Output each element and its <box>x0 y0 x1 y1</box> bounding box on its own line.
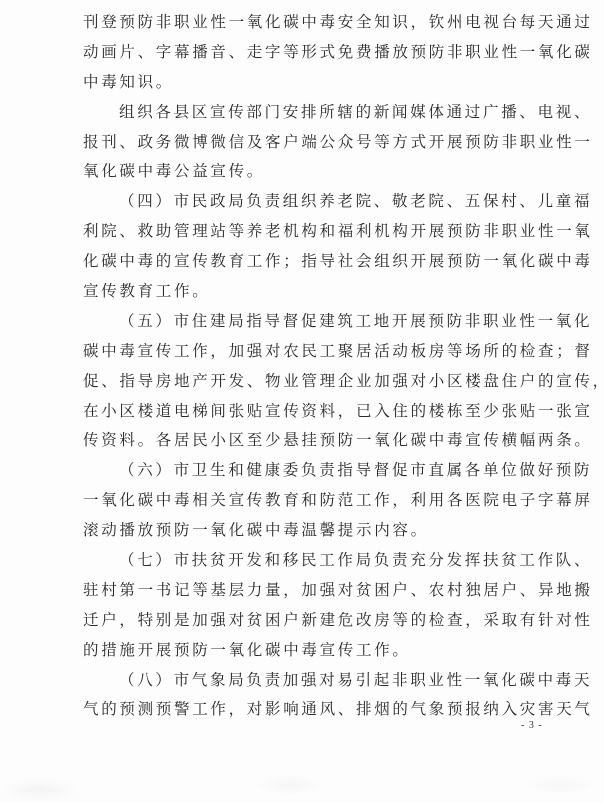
text-line: 宣传教育工作。 <box>83 277 543 307</box>
paragraph-item-6-health: （六）市卫生和健康委负责指导督促市直属各单位做好预防 一氧化碳中毒相关宣传教育和… <box>83 456 543 546</box>
text-line: 促、指导房地产开发、物业管理企业加强对小区楼盘住户的宣传， <box>83 367 543 397</box>
text-line: 的措施开展预防一氧化碳中毒宣传工作。 <box>83 636 543 666</box>
paragraph-county-media: 组织各县区宣传部门安排所辖的新闻媒体通过广播、电视、 报刊、政务微博微信及客户端… <box>83 98 543 188</box>
paragraph-item-8-meteorology: （八）市气象局负责加强对易引起非职业性一氧化碳中毒天 气的预测预警工作，对影响通… <box>83 666 543 726</box>
text-line: （四）市民政局负责组织养老院、敬老院、五保村、儿童福 <box>83 187 543 217</box>
document-page: 刊登预防非职业性一氧化碳中毒安全知识，钦州电视台每天通过 动画片、字幕播音、走字… <box>0 0 604 803</box>
text-line: 在小区楼道电梯间张贴宣传资料，已入住的楼栋至少张贴一张宣 <box>83 397 543 427</box>
text-line: （六）市卫生和健康委负责指导督促市直属各单位做好预防 <box>83 456 543 486</box>
paragraph-item-4-civil-affairs: （四）市民政局负责组织养老院、敬老院、五保村、儿童福 利院、救助管理站等养老机构… <box>83 187 543 307</box>
text-line: 传资料。各居民小区至少悬挂预防一氧化碳中毒宣传横幅两条。 <box>83 426 543 456</box>
text-line: 碳中毒宣传工作，加强对农民工聚居活动板房等场所的检查；督 <box>83 337 543 367</box>
text-line: 动画片、字幕播音、走字等形式免费播放预防非职业性一氧化碳 <box>83 38 543 68</box>
text-line: （八）市气象局负责加强对易引起非职业性一氧化碳中毒天 <box>83 666 543 696</box>
page-number: - 3 - <box>521 720 543 731</box>
text-line: （七）市扶贫开发和移民工作局负责充分发挥扶贫工作队、 <box>83 546 543 576</box>
text-line: 报刊、政务微博微信及客户端公众号等方式开展预防非职业性一 <box>83 128 543 158</box>
paragraph-item-7-poverty: （七）市扶贫开发和移民工作局负责充分发挥扶贫工作队、 驻村第一书记等基层力量，加… <box>83 546 543 666</box>
text-line: 刊登预防非职业性一氧化碳中毒安全知识，钦州电视台每天通过 <box>83 8 543 38</box>
text-line: 迁户，特别是加强对贫困户新建危改房等的检查，采取有针对性 <box>83 606 543 636</box>
paragraph-item-5-housing: （五）市住建局指导督促建筑工地开展预防非职业性一氧化 碳中毒宣传工作，加强对农民… <box>83 307 543 456</box>
text-line: 氧化碳中毒公益宣传。 <box>83 157 543 187</box>
document-body: 刊登预防非职业性一氧化碳中毒安全知识，钦州电视台每天通过 动画片、字幕播音、走字… <box>83 8 543 725</box>
text-line: 一氧化碳中毒相关宣传教育和防范工作，利用各医院电子字幕屏 <box>83 486 543 516</box>
text-line: 化碳中毒的宣传教育工作；指导社会组织开展预防一氧化碳中毒 <box>83 247 543 277</box>
text-line: 气的预测预警工作，对影响通风、排烟的气象预报纳入灾害天气 <box>83 695 543 725</box>
text-line: 中毒知识。 <box>83 68 543 98</box>
text-line: 驻村第一书记等基层力量，加强对贫困户、农村独居户、异地搬 <box>83 576 543 606</box>
text-line: 利院、救助管理站等养老机构和福利机构开展预防非职业性一氧 <box>83 217 543 247</box>
text-line: （五）市住建局指导督促建筑工地开展预防非职业性一氧化 <box>83 307 543 337</box>
paragraph-media-continuation: 刊登预防非职业性一氧化碳中毒安全知识，钦州电视台每天通过 动画片、字幕播音、走字… <box>83 8 543 98</box>
text-line: 组织各县区宣传部门安排所辖的新闻媒体通过广播、电视、 <box>83 98 543 128</box>
text-line: 滚动播放预防一氧化碳中毒温馨提示内容。 <box>83 516 543 546</box>
